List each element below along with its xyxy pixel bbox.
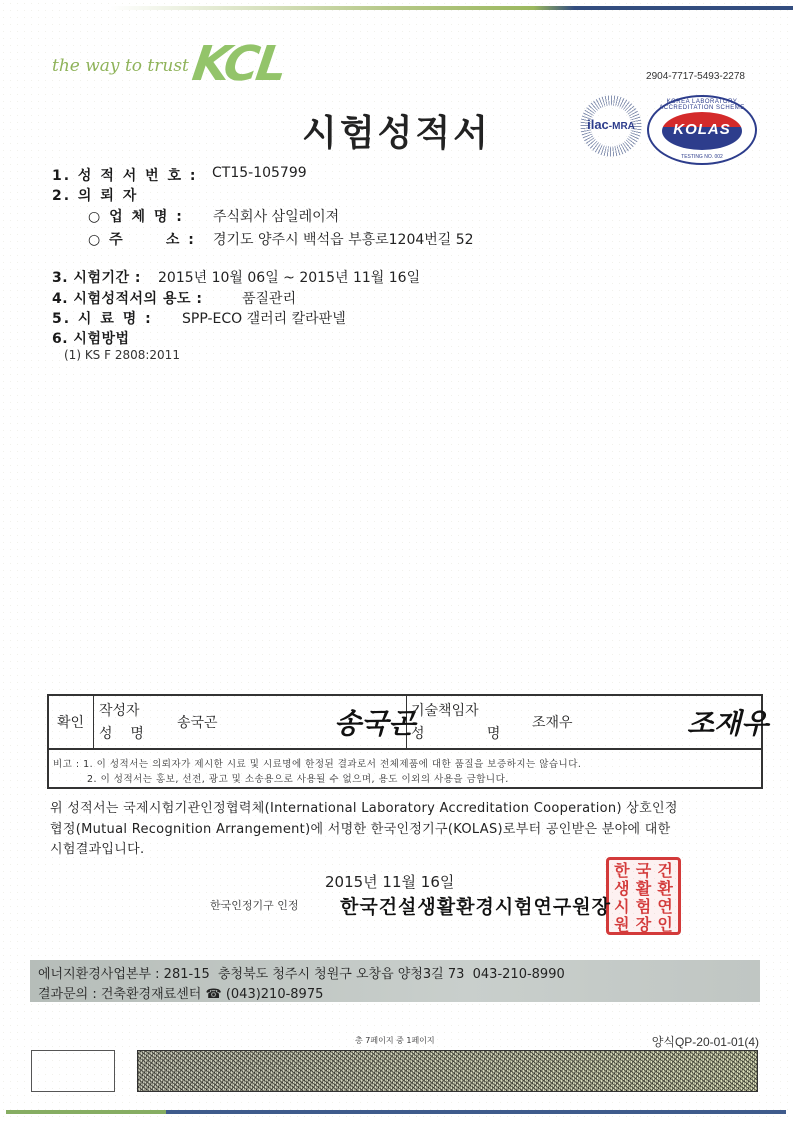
bottom-bar-green <box>6 1110 166 1114</box>
author-name: 송국곤 <box>177 712 218 732</box>
method-item: (1) KS F 2808:2011 <box>64 348 180 362</box>
issue-date: 2015년 11월 16일 <box>325 871 454 892</box>
company-value: 주식회사 삼일레이져 <box>213 206 339 226</box>
seal-char: 시 <box>611 898 633 916</box>
address-label: ○ 주 소 : <box>88 229 196 249</box>
phone-icon: ☎ <box>205 987 221 1002</box>
seal-char: 생 <box>611 880 633 898</box>
author-label: 작성자 <box>99 700 140 720</box>
manager-label: 기술책임자 <box>411 700 479 720</box>
manager-name-label: 성 명 <box>411 723 500 743</box>
document-title: 시험성적서 <box>0 105 793 156</box>
bottom-bar-blue <box>166 1110 786 1114</box>
page-info: 총 7페이지 중 1페이지 <box>355 1035 435 1046</box>
cert-number-value: CT15-105799 <box>212 165 307 181</box>
issuer-prefix: 한국인정기구 인정 <box>210 897 299 913</box>
seal-char: 환 <box>654 880 676 898</box>
seal-char: 원 <box>611 916 633 934</box>
logo-tagline: the way to trust <box>52 56 189 76</box>
seal-char: 한 <box>611 862 633 880</box>
purpose-value: 품질관리 <box>242 288 296 308</box>
method-label: 6. 시험방법 <box>52 328 130 348</box>
confirmation-table: 확인 작성자 성 명 송국곤 송국곤 기술책임자 성 명 조재우 조재우 <box>47 694 763 750</box>
sample-value: SPP-ECO 갤러리 칼라판넬 <box>182 308 346 328</box>
kcl-logo: the way to trust KCL <box>52 40 284 88</box>
client-label: 2. 의 뢰 자 <box>52 185 138 205</box>
seal-char: 건 <box>654 862 676 880</box>
address-value: 경기도 양주시 백석읍 부흥로1204번길 52 <box>213 229 474 249</box>
top-decorative-bar <box>110 6 793 10</box>
seal-char: 국 <box>633 862 655 880</box>
footer-inquiry-phone: (043)210-8975 <box>226 987 324 1002</box>
seal-char: 연 <box>654 898 676 916</box>
seal-char: 장 <box>633 916 655 934</box>
footer-inquiry: 결과문의 : 건축환경재료센터 ☎ (043)210-8975 <box>38 983 323 1002</box>
author-signature: 송국곤 <box>334 702 415 742</box>
statement-line-2: 협정(Mutual Recognition Arrangement)에 서명한 … <box>50 818 670 837</box>
official-seal-icon: 한 국 건 생 활 환 시 험 연 원 장 인 <box>606 857 681 935</box>
remark-line-1: 비고 : 1. 이 성적서는 의뢰자가 제시한 시료 및 시료명에 한정된 결과… <box>53 756 581 770</box>
cert-number-label: 1. 성 적 서 번 호 : <box>52 165 198 185</box>
author-name-label: 성 명 <box>99 723 144 743</box>
statement-line-1: 위 성적서는 국제시험기관인정협력체(International Laborat… <box>50 797 678 816</box>
manager-cell: 기술책임자 성 명 조재우 조재우 <box>407 696 761 748</box>
logo-mark: KCL <box>190 40 288 88</box>
sample-label: 5. 시 료 명 : <box>52 308 153 328</box>
footer-division-address: 에너지환경사업본부 : 281-15 충청북도 청주시 청원구 오창읍 양청3길… <box>38 963 565 982</box>
document-number: 2904-7717-5493-2278 <box>646 71 745 82</box>
footer-inquiry-label: 결과문의 : 건축환경재료센터 <box>38 987 201 1002</box>
manager-signature: 조재우 <box>687 702 768 742</box>
issuer-name: 한국건설생활환경시험연구원장 <box>340 892 611 919</box>
period-label: 3. 시험기간 : <box>52 267 141 287</box>
statement-line-3: 시험결과입니다. <box>50 838 144 857</box>
seal-char: 인 <box>654 916 676 934</box>
seal-char: 험 <box>633 898 655 916</box>
company-label: ○ 업 체 명 : <box>88 206 184 226</box>
seal-char: 활 <box>633 880 655 898</box>
remarks-box: 비고 : 1. 이 성적서는 의뢰자가 제시한 시료 및 시료명에 한정된 결과… <box>47 749 763 789</box>
remark-line-2: 2. 이 성적서는 홍보, 선전, 광고 및 소송용으로 사용될 수 없으며, … <box>87 771 509 785</box>
author-cell: 작성자 성 명 송국곤 송국곤 <box>94 696 407 748</box>
manager-name: 조재우 <box>532 712 573 732</box>
period-value: 2015년 10월 06일 ~ 2015년 11월 16일 <box>158 267 420 287</box>
purpose-label: 4. 시험성적서의 용도 : <box>52 288 202 308</box>
blank-stamp-box <box>31 1050 115 1092</box>
confirm-header: 확인 <box>57 712 84 732</box>
form-id: 양식QP-20-01-01(4) <box>652 1033 759 1050</box>
confirm-header-cell: 확인 <box>49 696 94 748</box>
security-barcode <box>137 1050 758 1092</box>
